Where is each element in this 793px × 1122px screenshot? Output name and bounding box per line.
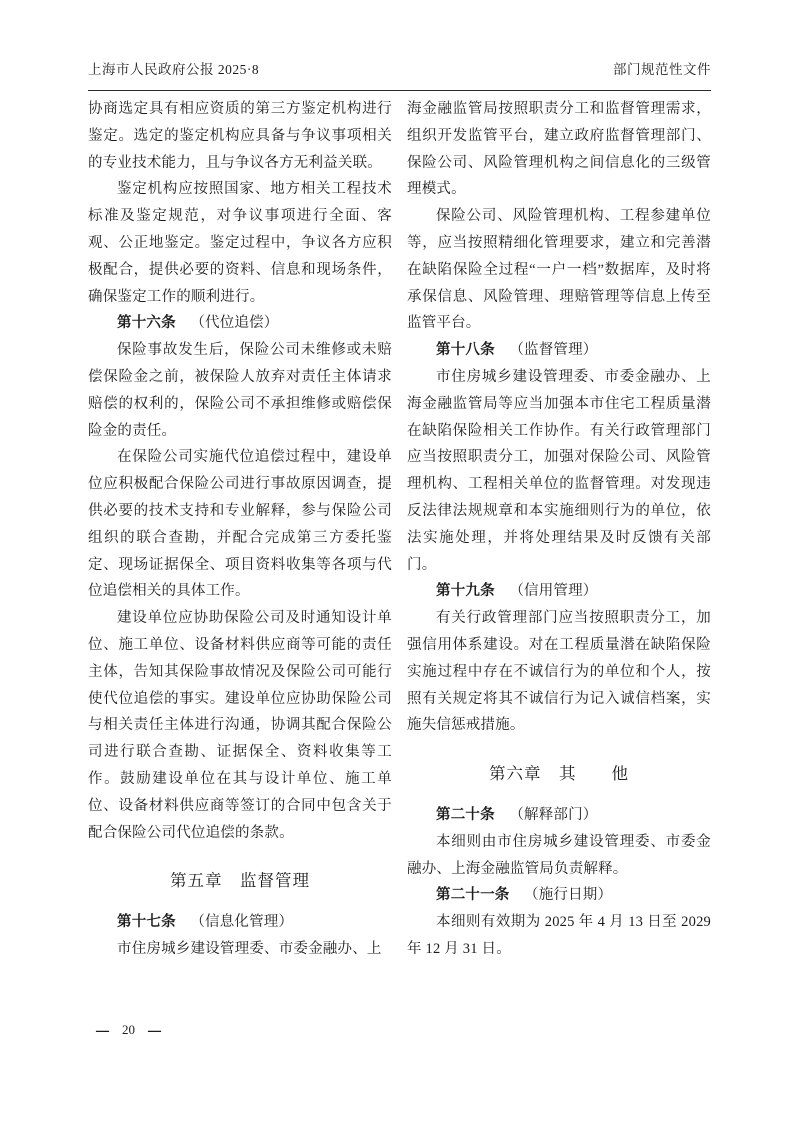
paragraph: 市住房城乡建设管理委、市委金融办、上 [88,936,392,963]
article-title: （信用管理） [509,583,597,599]
article-number: 第十八条 [436,342,495,358]
paragraph: 有关行政管理部门应当按照职责分工，加强信用体系建设。对在工程质量潜在缺陷保险实施… [407,605,711,739]
article-heading: 第二十条（解释部门） [407,802,711,829]
paragraph: 本细则有效期为 2025 年 4 月 13 日至 2029 年 12 月 31 … [407,909,711,963]
paragraph: 海金融监管局按照职责分工和监督管理需求，组织开发监管平台，建立政府监督管理部门、… [407,96,711,203]
paragraph: 鉴定机构应按照国家、地方相关工程技术标准及鉴定规范，对争议事项进行全面、客观、公… [88,176,392,310]
article-number: 第二十一条 [436,887,510,903]
header-gazette-title: 上海市人民政府公报 2025·8 [88,58,259,78]
paragraph: 建设单位应协助保险公司及时通知设计单位、施工单位、设备材料供应商等可能的责任主体… [88,605,392,846]
gazette-page: 上海市人民政府公报 2025·8 部门规范性文件 协商选定具有相应资质的第三方鉴… [0,0,793,1122]
paragraph: 本细则由市住房城乡建设管理委、市委金融办、上海金融监管局负责解释。 [407,829,711,883]
footer-right-dash: — [148,1019,161,1041]
article-heading: 第十六条（代位追偿） [88,310,392,337]
article-title: （解释部门） [509,807,597,823]
paragraph: 保险公司、风险管理机构、工程参建单位等，应当按照精细化管理要求，建立和完善潜在缺… [407,203,711,337]
article-title: （代位追偿） [190,315,278,331]
article-heading: 第十九条（信用管理） [407,578,711,605]
chapter-heading: 第五章 监督管理 [88,868,392,895]
article-number: 第十七条 [117,914,176,930]
page-header: 上海市人民政府公报 2025·8 部门规范性文件 [88,58,711,91]
article-number: 第十九条 [436,583,495,599]
article-title: （监督管理） [509,342,597,358]
article-heading: 第二十一条（施行日期） [407,882,711,909]
article-title: （信息化管理） [190,914,293,930]
article-number: 第二十条 [436,807,495,823]
footer-left-dash: — [96,1019,109,1041]
page-footer: — 20 — [96,1022,161,1038]
article-title: （施行日期） [524,887,612,903]
paragraph: 协商选定具有相应资质的第三方鉴定机构进行鉴定。选定的鉴定机构应具备与争议事项相关… [88,96,392,176]
article-number: 第十六条 [117,315,176,331]
chapter-heading: 第六章 其 他 [407,761,711,788]
paragraph: 市住房城乡建设管理委、市委金融办、上海金融监管局等应当加强本市住宅工程质量潜在缺… [407,364,711,578]
paragraph: 保险事故发生后，保险公司未维修或未赔偿保险金之前，被保险人放弃对责任主体请求赔偿… [88,337,392,444]
article-heading: 第十七条（信息化管理） [88,909,392,936]
left-column: 协商选定具有相应资质的第三方鉴定机构进行鉴定。选定的鉴定机构应具备与争议事项相关… [88,96,392,963]
paragraph: 在保险公司实施代位追偿过程中，建设单位应积极配合保险公司进行事故原因调查，提供必… [88,444,392,605]
article-heading: 第十八条（监督管理） [407,337,711,364]
right-column: 海金融监管局按照职责分工和监督管理需求，组织开发监管平台，建立政府监督管理部门、… [407,96,711,963]
header-section-label: 部门规范性文件 [613,58,711,78]
page-number: 20 [122,1022,135,1038]
content-columns: 协商选定具有相应资质的第三方鉴定机构进行鉴定。选定的鉴定机构应具备与争议事项相关… [88,96,711,963]
